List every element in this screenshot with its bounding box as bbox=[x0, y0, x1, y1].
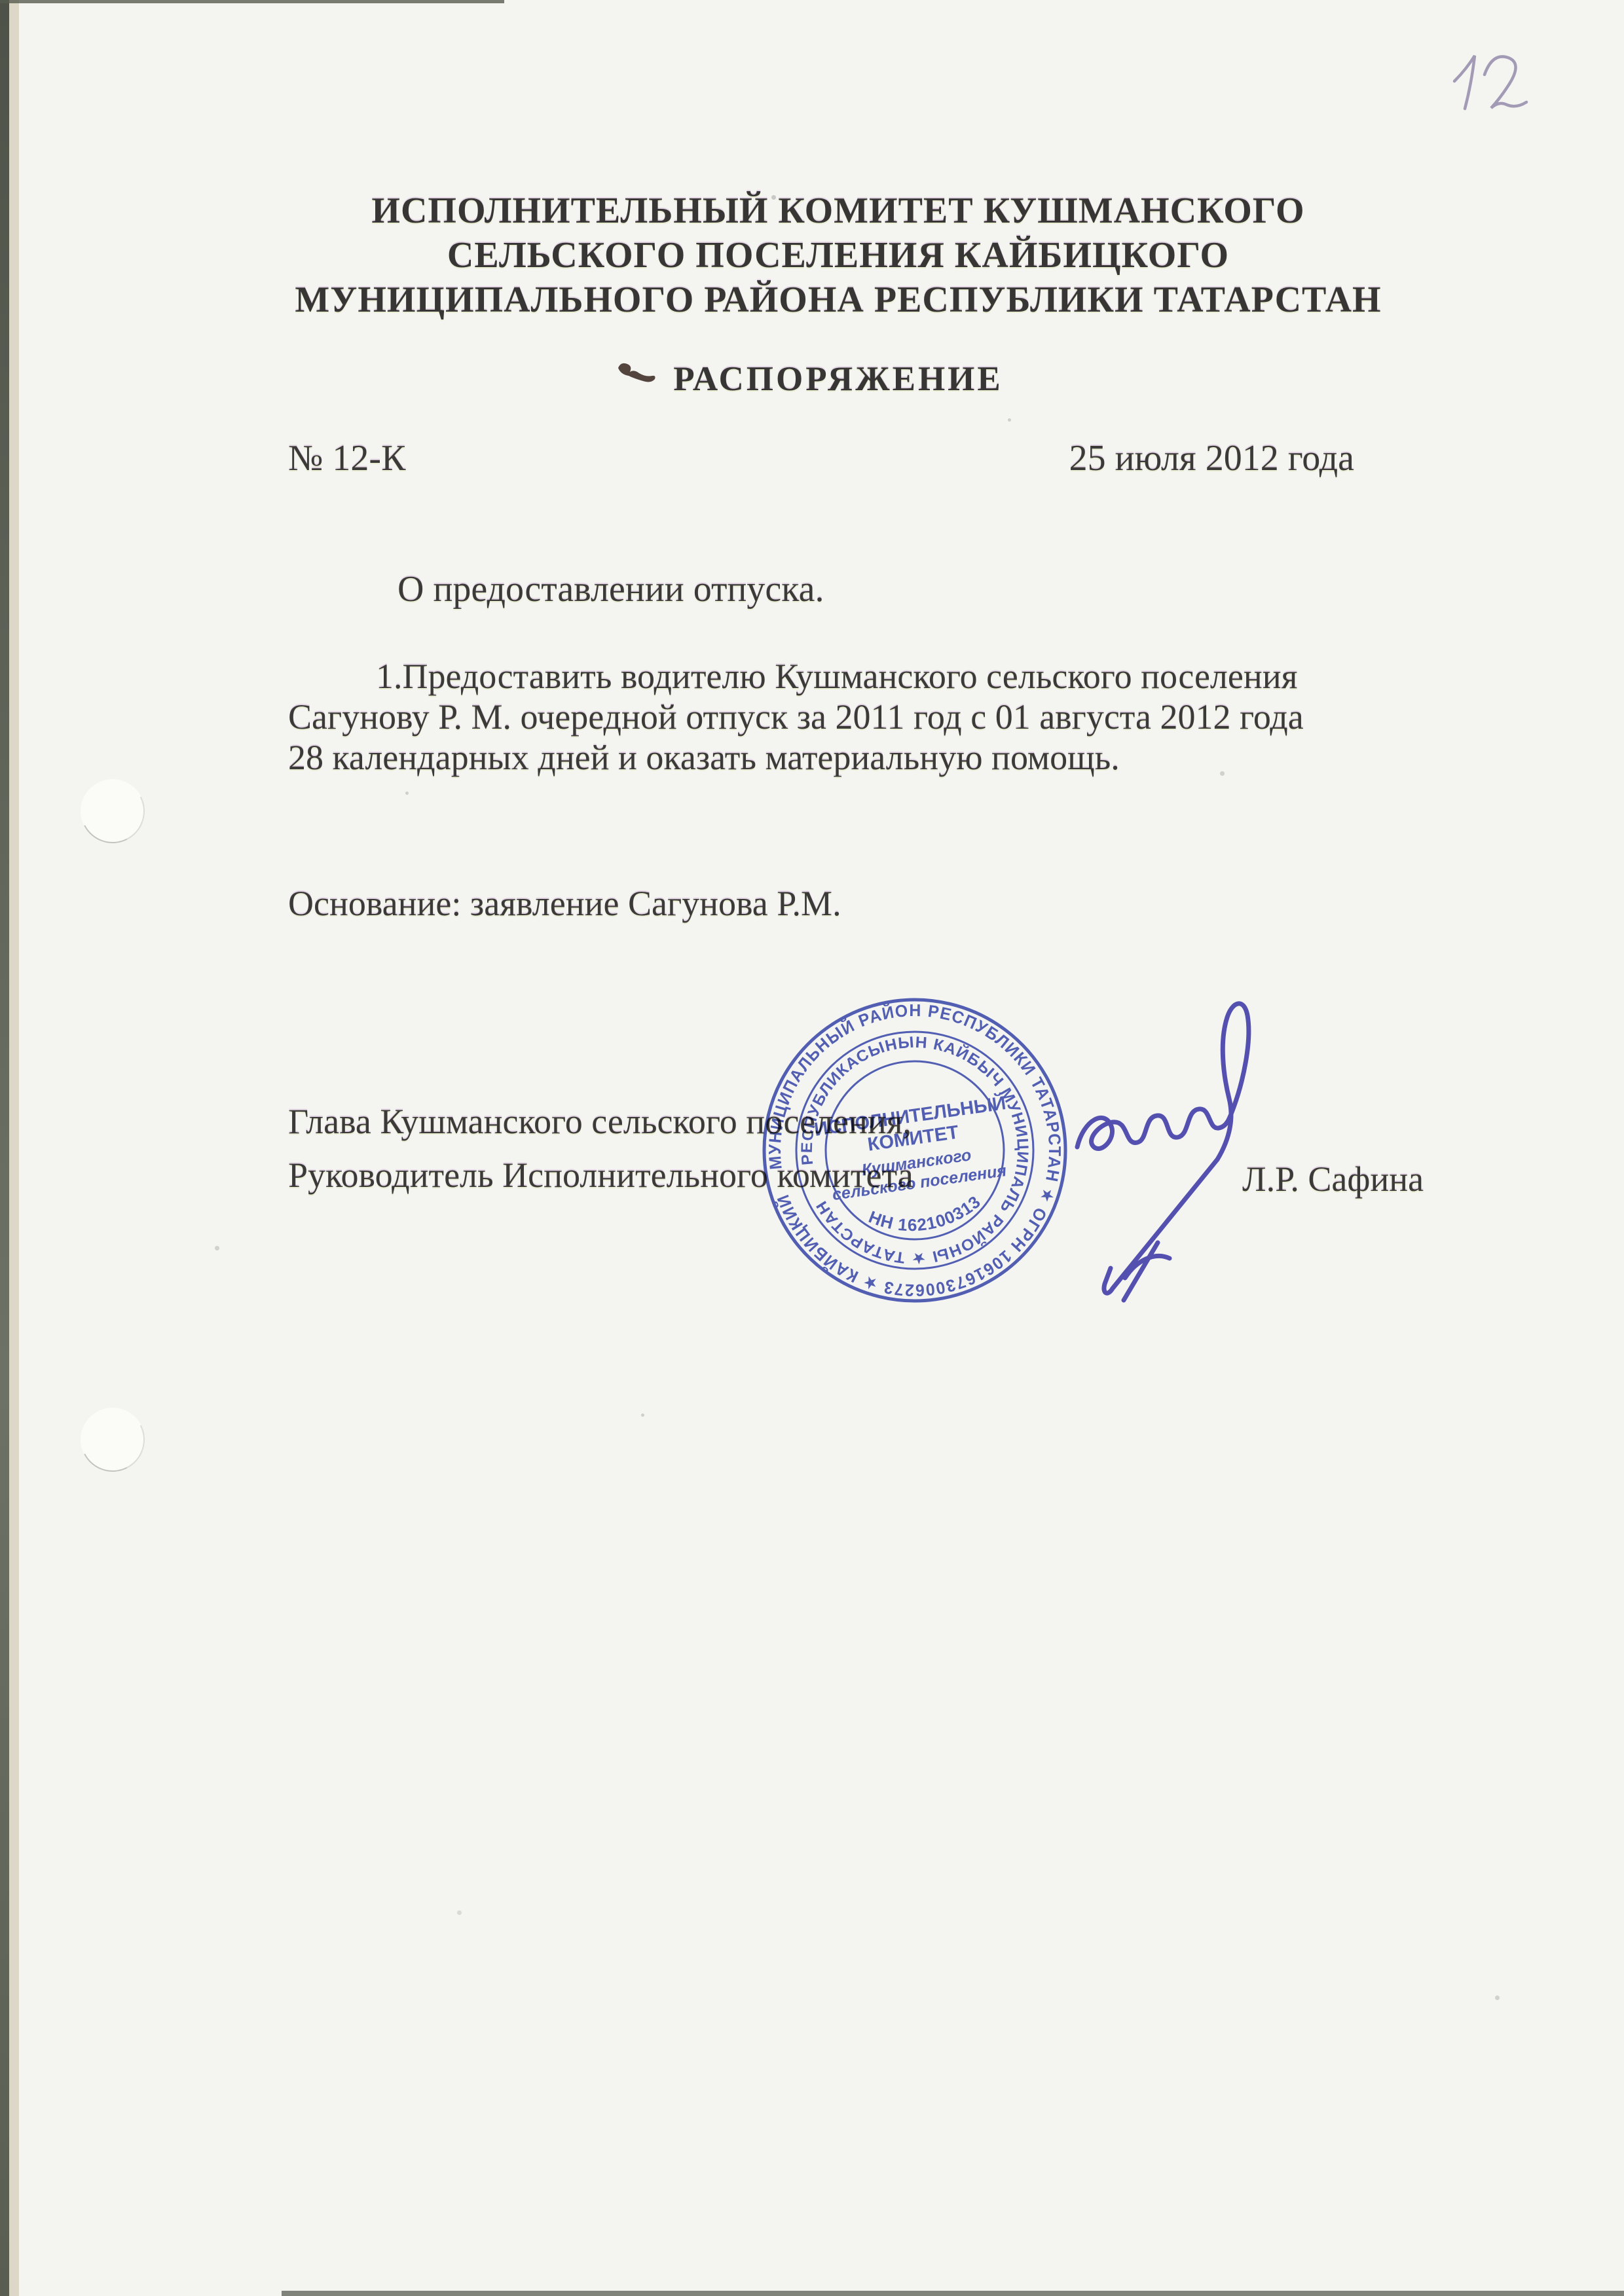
order-subject: О предоставлении отпуска. bbox=[397, 568, 824, 610]
order-date: 25 июля 2012 года bbox=[1069, 437, 1354, 479]
scan-edge-left bbox=[0, 0, 9, 2296]
scan-edge-top bbox=[0, 0, 504, 3]
handwritten-page-number bbox=[1437, 45, 1536, 117]
number-date-row: № 12-К 25 июля 2012 года bbox=[288, 437, 1354, 479]
scan-edge-bottom bbox=[282, 2291, 1624, 2296]
ink-blot bbox=[614, 359, 660, 386]
letterhead: ИСПОЛНИТЕЛЬНЫЙ КОМИТЕТ КУШМАНСКОГО СЕЛЬС… bbox=[79, 189, 1598, 322]
letterhead-line3: МУНИЦИПАЛЬНОГО РАЙОНА РЕСПУБЛИКИ ТАТАРСТ… bbox=[79, 278, 1598, 322]
hole-punch-top bbox=[72, 771, 153, 851]
body-line: 1.Предоставить водителю Кушманского сель… bbox=[288, 656, 1441, 697]
scanned-document-page: ИСПОЛНИТЕЛЬНЫЙ КОМИТЕТ КУШМАНСКОГО СЕЛЬС… bbox=[0, 0, 1624, 2296]
letterhead-line2: СЕЛЬСКОГО ПОСЕЛЕНИЯ КАЙБИЦКОГО bbox=[79, 233, 1598, 278]
handwritten-signature bbox=[1022, 982, 1297, 1349]
body-line: Сагунову Р. М. очередной отпуск за 2011 … bbox=[288, 697, 1441, 737]
hole-punch-bottom bbox=[72, 1399, 153, 1480]
scan-edge-left-paper bbox=[9, 0, 19, 2296]
document-type-title: РАСПОРЯЖЕНИЕ bbox=[79, 359, 1598, 399]
order-number: № 12-К bbox=[288, 437, 405, 479]
letterhead-line1: ИСПОЛНИТЕЛЬНЫЙ КОМИТЕТ КУШМАНСКОГО bbox=[79, 189, 1598, 233]
order-body: 1.Предоставить водителю Кушманского сель… bbox=[288, 656, 1441, 778]
body-line: 28 календарных дней и оказать материальн… bbox=[288, 737, 1441, 778]
basis-line: Основание: заявление Сагунова Р.М. bbox=[288, 883, 841, 924]
dust-speckles bbox=[0, 0, 2, 2]
